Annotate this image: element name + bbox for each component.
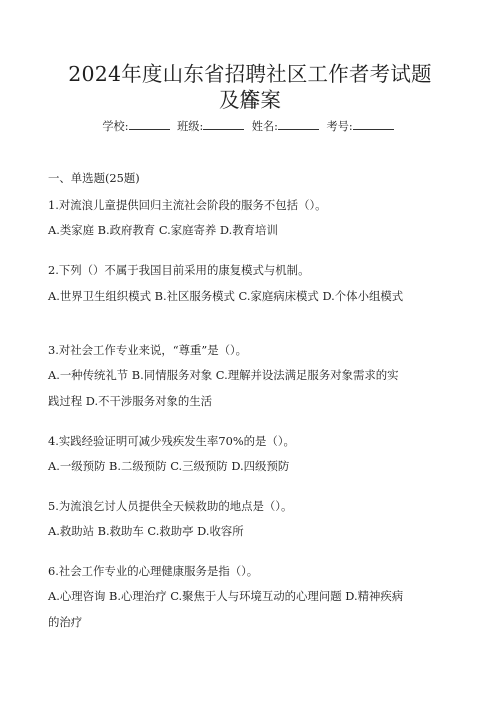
question-6-options-line2: 的治疗: [48, 614, 458, 630]
question-3-options-line2: 践过程 D.不干涉服务对象的生活: [48, 393, 458, 409]
info-blank-name: [278, 120, 319, 130]
info-blank-exam-number: [353, 120, 394, 130]
question-4-options: A.一级预防 B.二级预防 C.三级预防 D.四级预防: [48, 458, 458, 474]
question-6-stem: 6.社会工作专业的心理健康服务是指（）。: [48, 563, 458, 579]
question-1-stem: 1.对流浪儿童提供回归主流社会阶段的服务不包括（）。: [48, 197, 458, 213]
document-page: 2024年度山东省招聘社区工作者考试题库 及答案 学校: 班级: 姓名: 考号:…: [0, 0, 500, 707]
info-label-school: 学校:: [102, 120, 128, 133]
info-blank-school: [129, 120, 170, 130]
question-5-options: A.救助站 B.救助车 C.救助亭 D.收容所: [48, 523, 458, 539]
question-2-options: A.世界卫生组织模式 B.社区服务模式 C.家庭病床模式 D.个体小组模式: [48, 288, 458, 304]
question-4-stem: 4.实践经验证明可减少残疾发生率70%的是（）。: [48, 433, 458, 449]
question-6-options-line1: A.心理咨询 B.心理治疗 C.聚焦于人与环境互动的心理问题 D.精神疾病: [48, 588, 458, 604]
section-heading: 一、单选题(25题): [48, 170, 458, 186]
question-5-stem: 5.为流浪乞讨人员提供全天候救助的地点是（）。: [48, 498, 458, 514]
info-label-name: 姓名:: [252, 120, 278, 133]
question-3-stem: 3.对社会工作专业来说，“尊重”是（）。: [48, 342, 458, 358]
info-blank-class: [203, 120, 244, 130]
question-1-options: A.类家庭 B.政府教育 C.家庭寄养 D.教育培训: [48, 222, 458, 238]
question-2-stem: 2.下列（）不属于我国目前采用的康复模式与机制。: [48, 262, 458, 278]
info-label-exam-number: 考号:: [327, 120, 353, 133]
question-3-options-line1: A.一种传统礼节 B.同情服务对象 C.理解并设法满足服务对象需求的实: [48, 367, 458, 383]
info-label-class: 班级:: [177, 120, 203, 133]
student-info-line: 学校: 班级: 姓名: 考号:: [0, 119, 500, 135]
document-title-line2: 及答案: [60, 87, 440, 113]
